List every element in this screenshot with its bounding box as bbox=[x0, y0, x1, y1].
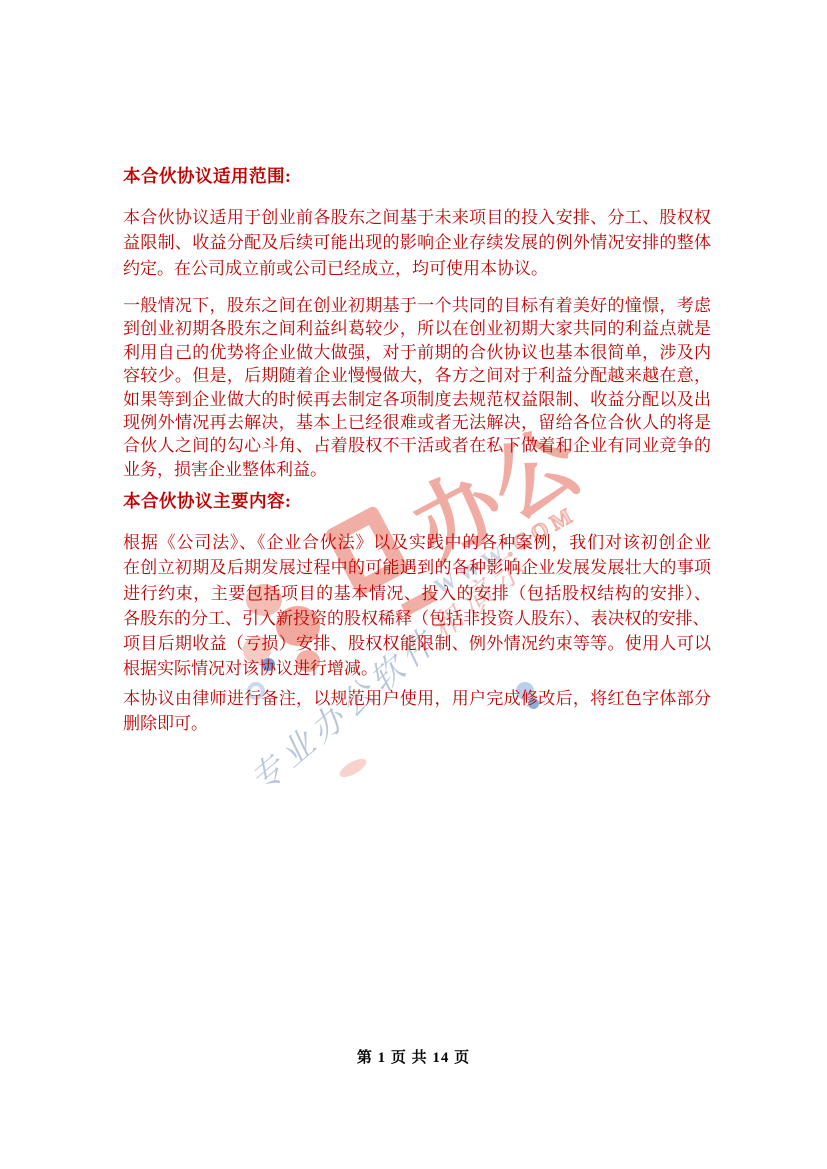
paragraph-line: 到创业初期各股东之间利益纠葛较少，所以在创业初期大家共同的利益点就是 bbox=[123, 317, 711, 340]
paragraph-line: 益限制、收益分配及后续可能出现的影响企业存续发展的例外情况安排的整体 bbox=[123, 230, 711, 255]
paragraph-line: 进行约束，主要包括项目的基本情况、投入的安排（包括股权结构的安排）、 bbox=[123, 581, 711, 606]
paragraph-line: 容较少。但是，后期随着企业慢慢做大，各方之间对于利益分配越来越在意， bbox=[123, 364, 711, 387]
paragraph-line: 本协议由律师进行备注，以规范用户使用，用户完成修改后，将红色字体部分 bbox=[123, 686, 711, 711]
paragraph-line: 利用自己的优势将企业做大做强，对于前期的合伙协议也基本很简单，涉及内 bbox=[123, 341, 711, 364]
paragraph-line: 如果等到企业做大的时候再去制定各项制度去规范权益限制、收益分配以及出 bbox=[123, 388, 711, 411]
paragraph-background: 一般情况下，股东之间在创业初期基于一个共同的目标有着美好的憧憬，考虑 到创业初期… bbox=[123, 294, 711, 481]
watermark-blob bbox=[337, 755, 369, 780]
paragraph-line: 根据实际情况对该协议进行增减。 bbox=[123, 656, 711, 681]
section-heading-content: 本合伙协议主要内容: bbox=[123, 491, 711, 511]
paragraph-main-content: 根据《公司法》、《企业合伙法》以及实践中的各种案例，我们对该初创企业 在创立初期… bbox=[123, 530, 711, 682]
paragraph-line: 在创立初期及后期发展过程中的可能遇到的各种影响企业发展发展壮大的事项 bbox=[123, 555, 711, 580]
paragraph-line: 删除即可。 bbox=[123, 711, 711, 736]
paragraph-scope: 本合伙协议适用于创业前各股东之间基于未来项目的投入安排、分工、股权权 益限制、收… bbox=[123, 205, 711, 281]
paragraph-line: 合伙人之间的勾心斗角、占着股权不干活或者在私下做着和企业有同业竞争的 bbox=[123, 434, 711, 457]
paragraph-line: 根据《公司法》、《企业合伙法》以及实践中的各种案例，我们对该初创企业 bbox=[123, 530, 711, 555]
document-page: 办公 WWW.COM 专业办公软件和演示 本合伙协议适用范围: 本合伙协议适用于… bbox=[0, 0, 827, 1169]
paragraph-lawyer-note: 本协议由律师进行备注，以规范用户使用，用户完成修改后，将红色字体部分 删除即可。 bbox=[123, 686, 711, 737]
section-heading-scope: 本合伙协议适用范围: bbox=[123, 166, 711, 186]
paragraph-line: 项目后期收益（亏损）安排、股权权能限制、例外情况约束等等。使用人可以 bbox=[123, 631, 711, 656]
paragraph-line: 各股东的分工、引入新投资的股权稀释（包括非投资人股东）、表决权的安排、 bbox=[123, 606, 711, 631]
page-number: 第 1 页 共 14 页 bbox=[0, 1046, 827, 1067]
paragraph-line: 现例外情况再去解决，基本上已经很难或者无法解决，留给各位合伙人的将是 bbox=[123, 411, 711, 434]
paragraph-line: 本合伙协议适用于创业前各股东之间基于未来项目的投入安排、分工、股权权 bbox=[123, 205, 711, 230]
paragraph-line: 约定。在公司成立前或公司已经成立，均可使用本协议。 bbox=[123, 256, 711, 281]
paragraph-line: 业务，损害企业整体利益。 bbox=[123, 458, 711, 481]
paragraph-line: 一般情况下，股东之间在创业初期基于一个共同的目标有着美好的憧憬，考虑 bbox=[123, 294, 711, 317]
